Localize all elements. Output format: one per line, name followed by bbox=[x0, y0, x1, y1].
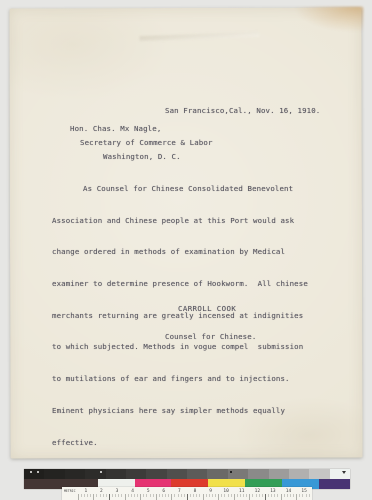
grayscale-step bbox=[44, 469, 64, 479]
grayscale-strip bbox=[24, 469, 350, 479]
ruler-numbers: METRIC 123456789101112131415 bbox=[62, 487, 312, 494]
registration-dot bbox=[30, 471, 32, 473]
grayscale-step bbox=[65, 469, 85, 479]
grayscale-step bbox=[248, 469, 268, 479]
grayscale-step bbox=[309, 469, 329, 479]
letter-body-line: to mutilations of ear and fingers and to… bbox=[52, 372, 312, 386]
registration-dot bbox=[37, 471, 39, 473]
grayscale-step bbox=[24, 469, 44, 479]
registration-mark bbox=[230, 471, 232, 473]
ruler-tick-marks bbox=[78, 494, 312, 500]
grayscale-step bbox=[106, 469, 126, 479]
signature-name: CARROLL COOK bbox=[165, 304, 256, 314]
letter-body-line: Eminent physicians here say simpler meth… bbox=[52, 404, 312, 418]
letter-body-line: Association and Chinese people at this P… bbox=[52, 214, 312, 228]
letter-body-line: As Counsel for Chinese Consolidated Bene… bbox=[52, 182, 312, 196]
letter-dateline: San Francisco,Cal., Nov. 16, 1910. bbox=[165, 106, 320, 115]
color-patch-violet bbox=[319, 479, 350, 489]
letter-body-line: change ordered in methods of examination… bbox=[52, 245, 312, 259]
grayscale-step bbox=[289, 469, 309, 479]
grayscale-step bbox=[146, 469, 166, 479]
grayscale-step bbox=[85, 469, 105, 479]
paper-stain bbox=[293, 7, 363, 33]
registration-dot bbox=[100, 471, 102, 473]
grayscale-step bbox=[207, 469, 227, 479]
grayscale-step bbox=[269, 469, 289, 479]
ruler-label: METRIC bbox=[62, 489, 78, 494]
registration-arrow-icon bbox=[342, 471, 346, 474]
recipient-title: Secretary of Commerce & Labor bbox=[80, 138, 213, 147]
grayscale-step bbox=[330, 469, 350, 479]
signature-title: Counsel for Chinese. bbox=[165, 332, 256, 342]
letter-body-line: effective. bbox=[52, 436, 312, 450]
metric-ruler: METRIC 123456789101112131415 bbox=[62, 487, 312, 500]
paper-crease bbox=[139, 32, 259, 41]
recipient-name: Hon. Chas. Mx Nagle, bbox=[70, 124, 161, 133]
signature-block: CARROLL COOK Counsel for Chinese. bbox=[165, 286, 256, 360]
color-calibration-bar bbox=[24, 469, 350, 489]
grayscale-step bbox=[187, 469, 207, 479]
grayscale-step bbox=[126, 469, 146, 479]
grayscale-step bbox=[167, 469, 187, 479]
recipient-city: Washington, D. C. bbox=[103, 152, 181, 161]
scanned-letter-page: San Francisco,Cal., Nov. 16, 1910. Hon. … bbox=[0, 0, 372, 500]
